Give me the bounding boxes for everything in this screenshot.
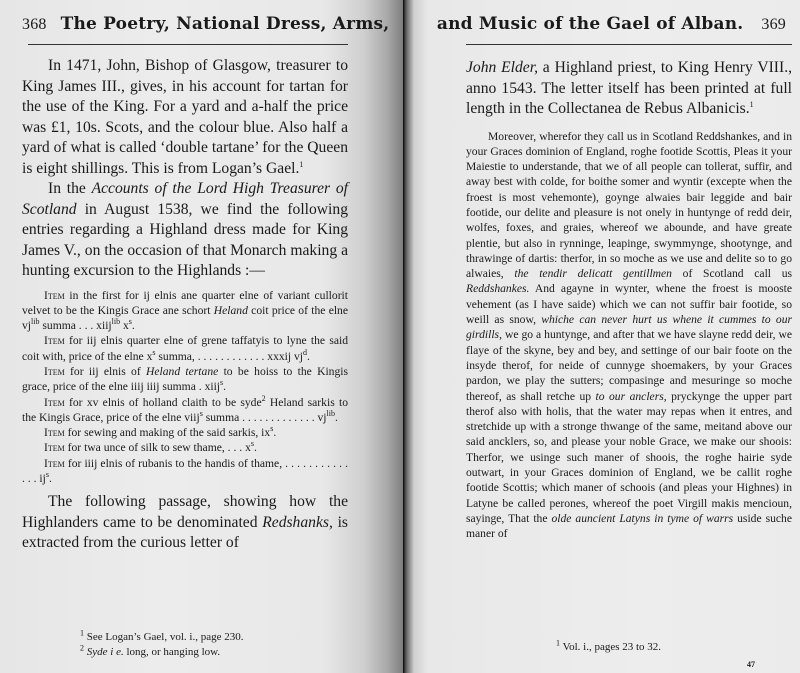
right-body: John Elder, a Highland priest, to King H… (466, 58, 792, 542)
page-number: 369 (761, 16, 786, 33)
running-head-title: and Music of the Gael of Alban. (437, 14, 744, 34)
footnote: 1 Vol. i., pages 23 to 32. (556, 640, 661, 655)
account-item: Item for iiij elnis of rubanis to the ha… (22, 456, 348, 487)
account-item: Item for xv elnis of holland claith to b… (22, 395, 348, 426)
header-rule (28, 44, 348, 45)
header-rule (466, 44, 792, 45)
footnote: 1 See Logan’s Gael, vol. i., page 230. (80, 630, 243, 645)
page-number: 368 (22, 16, 47, 33)
footnotes-right: 1 Vol. i., pages 23 to 32. (556, 640, 661, 655)
account-item: Item in the first for ij elnis ane quart… (22, 288, 348, 334)
left-page: 368The Poetry, National Dress, Arms, In … (0, 0, 404, 673)
running-head-left: 368The Poetry, National Dress, Arms, (22, 14, 389, 40)
account-item: Item for iij elnis of Heland tertane to … (22, 364, 348, 395)
running-head-title: The Poetry, National Dress, Arms, (61, 14, 390, 34)
paragraph: In the Accounts of the Lord High Treasur… (22, 179, 348, 282)
account-item: Item for iij elnis quarter elne of grene… (22, 333, 348, 364)
book-spread: 368The Poetry, National Dress, Arms, In … (0, 0, 800, 673)
account-item: Item for twa unce of silk to sew thame, … (22, 440, 348, 455)
footnote: 2 Syde i e. long, or hanging low. (80, 645, 243, 660)
paragraph: The following passage, showing how the H… (22, 492, 348, 554)
left-body: In 1471, John, Bishop of Glasgow, treasu… (22, 56, 348, 554)
footnotes-left: 1 See Logan’s Gael, vol. i., page 230. 2… (80, 630, 243, 660)
paragraph: In 1471, John, Bishop of Glasgow, treasu… (22, 56, 348, 179)
account-item: Item for sewing and making of the said s… (22, 425, 348, 440)
paragraph: John Elder, a Highland priest, to King H… (466, 58, 792, 120)
signature-mark: 47 (747, 660, 755, 669)
quoted-letter: Moreover, wherefor they call us in Scotl… (466, 129, 792, 542)
footnote-ref: 1 (299, 159, 303, 168)
running-head-right: and Music of the Gael of Alban.369 (437, 14, 786, 40)
right-page: and Music of the Gael of Alban.369 John … (404, 0, 800, 673)
